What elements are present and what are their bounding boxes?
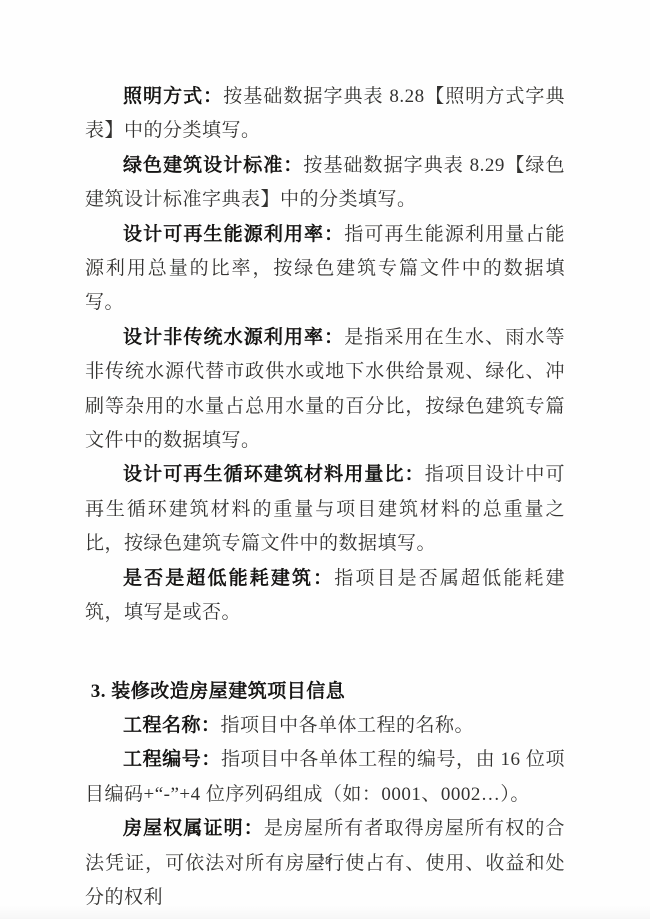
text-block: 照明方式：按基础数据字典表 8.28【照明方式字典表】中的分类填写。绿色建筑设计… (85, 80, 565, 915)
term-label: 设计非传统水源利用率： (123, 327, 344, 348)
paragraph: 设计非传统水源利用率：是指采用在生水、雨水等非传统水源代替市政供水或地下水供给景… (85, 321, 565, 459)
term-label: 设计可再生循环建筑材料用量比： (123, 464, 425, 485)
paragraph: 工程名称：指项目中各单体工程的名称。 (85, 709, 565, 743)
term-label: 工程编号： (123, 749, 221, 770)
document-page: 照明方式：按基础数据字典表 8.28【照明方式字典表】中的分类填写。绿色建筑设计… (0, 0, 650, 919)
term-label: 工程名称： (123, 715, 221, 736)
term-label: 设计可再生能源利用率： (123, 224, 344, 245)
paragraph: 工程编号：指项目中各单体工程的编号，由 16 位项目编码+“-”+4 位序列码组… (85, 743, 565, 812)
section-heading: 3. 装修改造房屋建筑项目信息 (85, 675, 565, 709)
term-label: 房屋权属证明： (123, 818, 264, 839)
paragraph: 设计可再生循环建筑材料用量比：指项目设计中可再生循环建筑材料的重量与项目建筑材料… (85, 458, 565, 561)
paragraph: 设计可再生能源利用率：指可再生能源利用量占能源利用总量的比率，按绿色建筑专篇文件… (85, 218, 565, 321)
paragraph: 绿色建筑设计标准：按基础数据字典表 8.29【绿色建筑设计标准字典表】中的分类填… (85, 149, 565, 218)
term-label: 绿色建筑设计标准： (123, 155, 303, 176)
term-definition: 指项目中各单体工程的名称。 (221, 715, 475, 736)
page-number: 28 (0, 853, 650, 868)
term-label: 是否是超低能耗建筑： (123, 568, 334, 589)
paragraph: 是否是超低能耗建筑：指项目是否属超低能耗建筑，填写是或否。 (85, 562, 565, 631)
term-label: 照明方式： (123, 86, 223, 107)
paragraph: 照明方式：按基础数据字典表 8.28【照明方式字典表】中的分类填写。 (85, 80, 565, 149)
